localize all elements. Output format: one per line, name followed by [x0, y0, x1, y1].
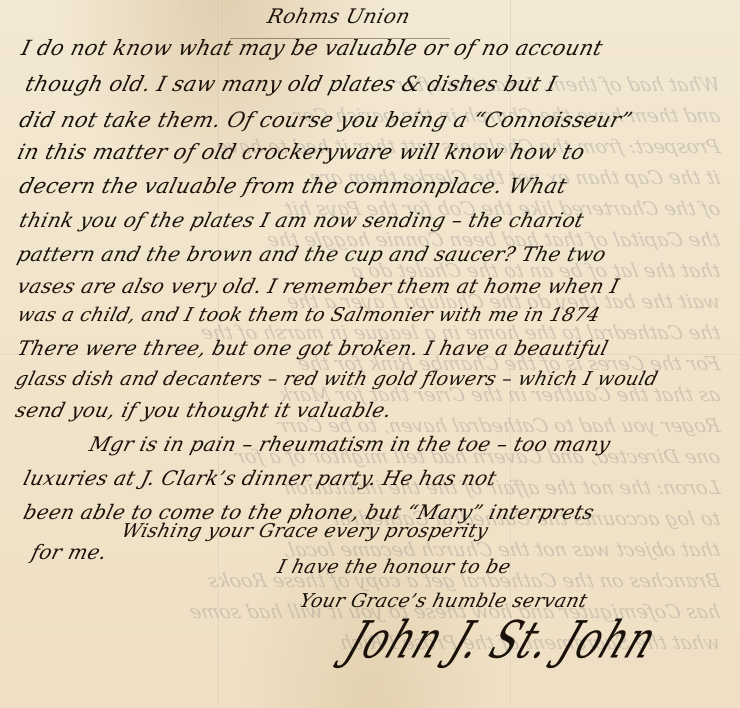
- letter-line: decern the valuable from the commonplace…: [17, 174, 569, 198]
- letter-line: vases are also very old. I remember them…: [15, 274, 622, 298]
- letter-line: luxuries at J. Clark’s dinner party. He …: [21, 466, 499, 490]
- letter-line: I do not know what may be valuable or of…: [19, 36, 605, 60]
- closing-line: Your Grace’s humble servant: [297, 590, 590, 612]
- letter-line: in this matter of old crockeryware will …: [15, 140, 587, 164]
- letter-line: though old. I saw many old plates & dish…: [23, 72, 559, 96]
- letter-line: There were three, but one got broken. I …: [15, 336, 611, 360]
- letter-page: What had of them, I was the after and th…: [0, 0, 740, 708]
- letter-line: did not take them. Of course you being a…: [17, 108, 635, 132]
- letter-line: glass dish and decanters – red with gold…: [13, 368, 660, 390]
- letter-line: think you of the plates I am now sending…: [17, 208, 587, 232]
- letter-line: was a child, and I took them to Salmonie…: [15, 304, 602, 326]
- letter-line: send you, if you thought it valuable.: [13, 398, 394, 422]
- signature: John J. St. John: [338, 610, 666, 669]
- letter-line: pattern and the brown and the cup and sa…: [15, 242, 609, 266]
- letter-line: for me.: [29, 540, 110, 564]
- letter-line: Mgr is in pain – rheumatism in the toe –…: [87, 432, 613, 456]
- closing-line: Wishing your Grace every prosperity: [119, 520, 490, 542]
- closing-line: I have the honour to be: [275, 556, 513, 578]
- letter-header: Rohms Union: [265, 4, 413, 28]
